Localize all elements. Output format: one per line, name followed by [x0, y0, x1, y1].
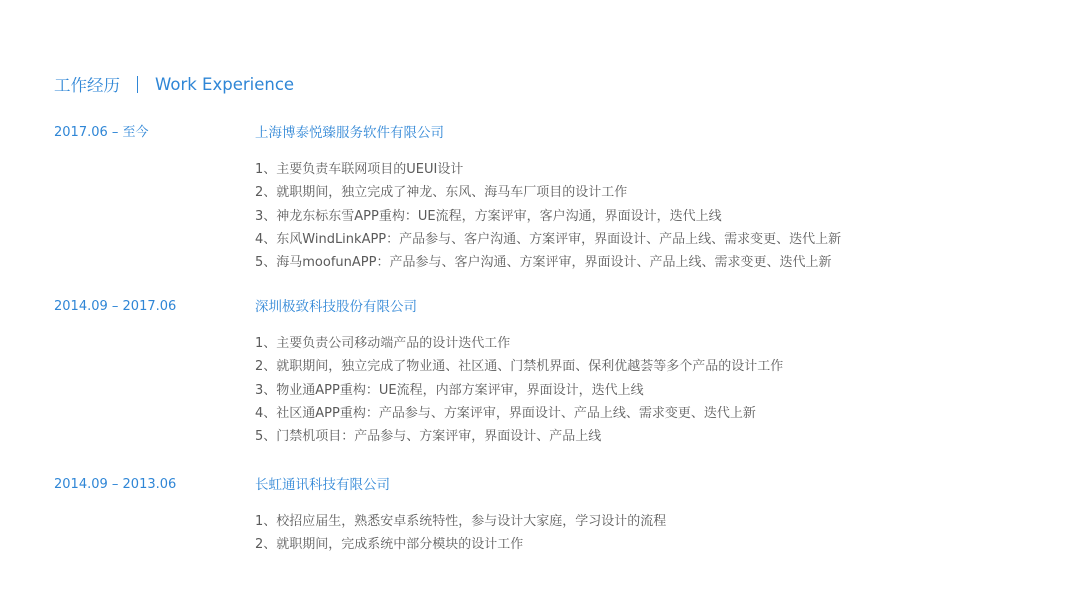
- duty-list: 1、主要负责车联网项目的UEUI设计 2、就职期间，独立完成了神龙、东风、海马车…: [255, 158, 841, 274]
- company-name: 长虹通讯科技有限公司: [255, 476, 390, 494]
- duty-item: 2、就职期间，独立完成了神龙、东风、海马车厂项目的设计工作: [255, 181, 841, 204]
- duty-item: 5、门禁机项目：产品参与、方案评审，界面设计、产品上线: [255, 425, 783, 448]
- job-period: 2014.09 – 2017.06: [54, 298, 176, 316]
- duty-item: 1、主要负责车联网项目的UEUI设计: [255, 158, 841, 181]
- section-header: 工作经历 Work Experience: [54, 73, 294, 95]
- duty-item: 3、物业通APP重构：UE流程，内部方案评审，界面设计，迭代上线: [255, 379, 783, 402]
- company-name: 上海博泰悦臻服务软件有限公司: [255, 124, 444, 142]
- duty-item: 5、海马moofunAPP：产品参与、客户沟通、方案评审，界面设计、产品上线、需…: [255, 251, 841, 274]
- duty-item: 4、东风WindLinkAPP：产品参与、客户沟通、方案评审，界面设计、产品上线…: [255, 228, 841, 251]
- duty-item: 1、校招应届生，熟悉安卓系统特性，参与设计大家庭，学习设计的流程: [255, 510, 666, 533]
- duty-item: 1、主要负责公司移动端产品的设计迭代工作: [255, 332, 783, 355]
- job-period: 2014.09 – 2013.06: [54, 476, 176, 494]
- duty-item: 4、社区通APP重构：产品参与、方案评审，界面设计、产品上线、需求变更、迭代上新: [255, 402, 783, 425]
- duty-item: 3、神龙东标东雪APP重构：UE流程，方案评审，客户沟通，界面设计，迭代上线: [255, 205, 841, 228]
- duty-item: 2、就职期间，独立完成了物业通、社区通、门禁机界面、保利优越荟等多个产品的设计工…: [255, 355, 783, 378]
- title-divider: [137, 76, 138, 93]
- duty-list: 1、主要负责公司移动端产品的设计迭代工作 2、就职期间，独立完成了物业通、社区通…: [255, 332, 783, 448]
- duty-item: 2、就职期间，完成系统中部分模块的设计工作: [255, 533, 666, 556]
- company-name: 深圳极致科技股份有限公司: [255, 298, 417, 316]
- job-period: 2017.06 – 至今: [54, 124, 149, 142]
- section-title-cn: 工作经历: [54, 72, 120, 96]
- section-title-en: Work Experience: [155, 75, 294, 94]
- duty-list: 1、校招应届生，熟悉安卓系统特性，参与设计大家庭，学习设计的流程 2、就职期间，…: [255, 510, 666, 557]
